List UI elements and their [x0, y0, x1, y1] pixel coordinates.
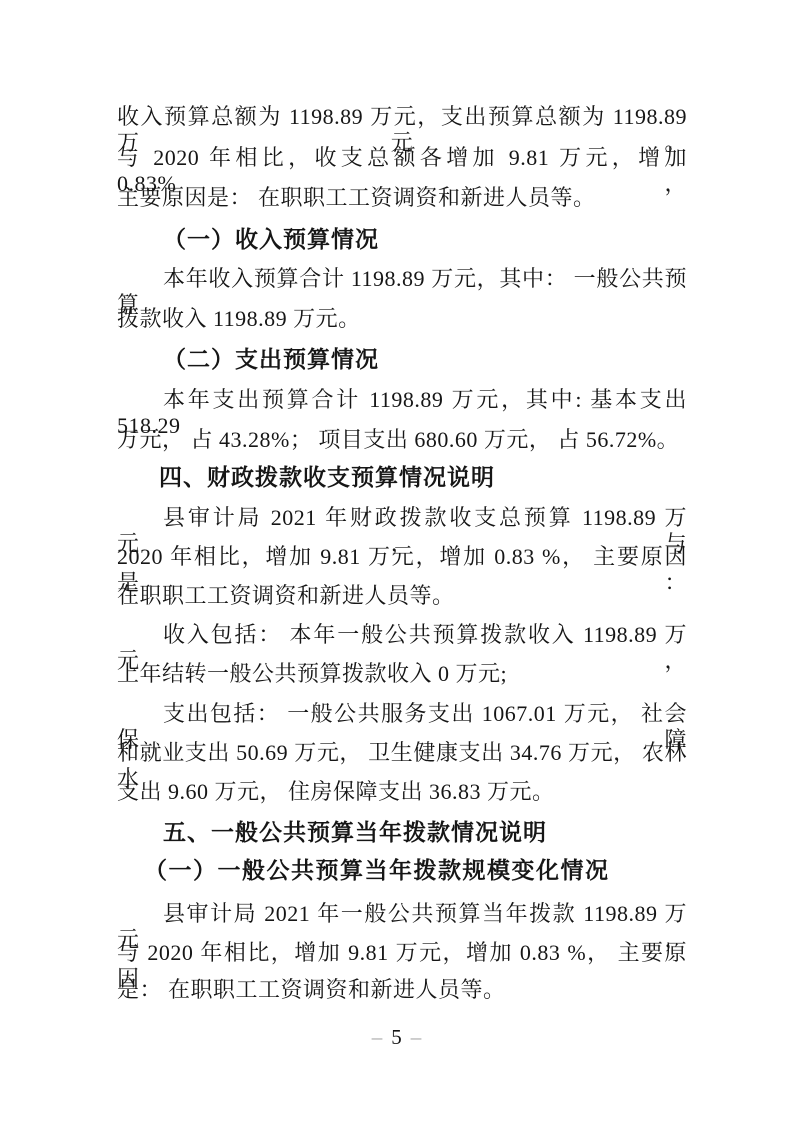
subheading-income-budget: （一）收入预算情况 — [163, 226, 733, 254]
footer-dash-right: – — [402, 1025, 431, 1049]
body-line: 和就业支出 50.69 万元， 卫生健康支出 34.76 万元， 农林水 — [117, 740, 687, 768]
body-line: 支出 9.60 万元， 住房保障支出 36.83 万元。 — [117, 779, 687, 807]
subheading-expenditure-budget: （二）支出预算情况 — [163, 346, 733, 374]
subheading-allocation-scale-change: （一）一般公共预算当年拨款规模变化情况 — [144, 858, 714, 886]
body-line: 支出包括： 一般公共服务支出 1067.01 万元， 社会保障 — [117, 701, 687, 729]
body-line: 县审计局 2021 年财政拨款收支总预算 1198.89 万元，与 — [117, 505, 687, 533]
body-line: 上年结转一般公共预算拨款收入 0 万元; — [117, 661, 687, 689]
body-line: 与 2020 年相比，收支总额各增加 9.81 万元，增加 0.83%， — [117, 145, 687, 173]
section-heading-5: 五、一般公共预算当年拨款情况说明 — [163, 819, 733, 847]
document-page: 收入预算总额为 1198.89 万元，支出预算总额为 1198.89 万元。 与… — [0, 0, 793, 1122]
page-footer: –5– — [0, 1024, 793, 1050]
body-line: 是： 在职职工工资调资和新进人员等。 — [117, 977, 687, 1005]
body-line: 拨款收入 1198.89 万元。 — [117, 306, 687, 334]
body-line: 本年收入预算合计 1198.89 万元，其中： 一般公共预算 — [117, 266, 687, 294]
body-line: 在职职工工资调资和新进人员等。 — [117, 583, 687, 611]
body-line: 主要原因是： 在职职工工资调资和新进人员等。 — [117, 185, 687, 213]
section-heading-4: 四、财政拨款收支预算情况说明 — [159, 464, 729, 492]
body-line: 2020 年相比，增加 9.81 万元，增加 0.83 %， 主要原因是： — [117, 544, 687, 572]
body-line: 县审计局 2021 年一般公共预算当年拨款 1198.89 万元， — [117, 901, 687, 929]
body-line: 本年支出预算合计 1198.89 万元，其中: 基本支出 518.29 — [117, 387, 687, 415]
body-line: 万元， 占 43.28%； 项目支出 680.60 万元， 占 56.72%。 — [117, 427, 687, 455]
footer-dash-left: – — [363, 1025, 392, 1049]
body-line: 收入预算总额为 1198.89 万元，支出预算总额为 1198.89 万元。 — [117, 104, 687, 132]
body-line: 收入包括： 本年一般公共预算拨款收入 1198.89 万元， — [117, 622, 687, 650]
page-number: 5 — [391, 1025, 402, 1049]
body-line: 与 2020 年相比，增加 9.81 万元，增加 0.83 %， 主要原因 — [117, 940, 687, 968]
